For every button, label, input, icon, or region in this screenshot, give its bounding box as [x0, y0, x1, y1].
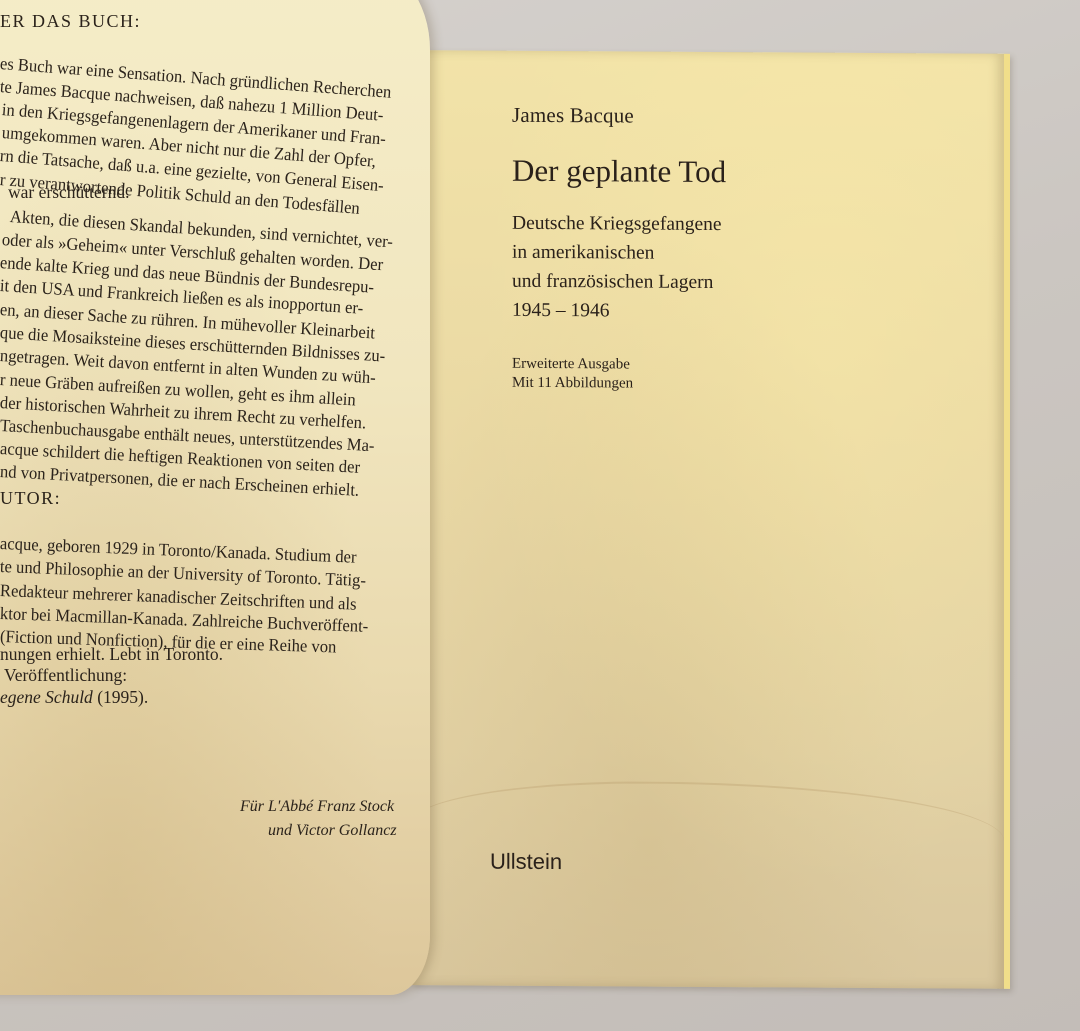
- dedication-line: und Victor Gollancz: [268, 820, 397, 843]
- title-page-text: James Bacque Der geplante Tod Deutsche K…: [512, 103, 726, 394]
- subtitle-line: und französischen Lagern: [512, 267, 726, 297]
- subtitle-years: 1945 – 1946: [512, 296, 726, 326]
- book-subtitle: Deutsche Kriegsgefangene in amerikanisch…: [512, 209, 726, 326]
- author-line: Veröffentlichung:: [4, 664, 127, 687]
- subtitle-line: Deutsche Kriegsgefangene: [512, 209, 726, 239]
- author-line: nungen erhielt. Lebt in Toronto.: [0, 643, 223, 666]
- section-heading-book: ER DAS BUCH:: [0, 10, 141, 33]
- title-page: James Bacque Der geplante Tod Deutsche K…: [412, 50, 1010, 989]
- section-heading-author: UTOR:: [0, 487, 61, 510]
- photo-scene: James Bacque Der geplante Tod Deutsche K…: [0, 0, 1080, 1031]
- dedication-line: Für L'Abbé Franz Stock: [240, 796, 394, 819]
- publisher-name: Ullstein: [490, 849, 562, 875]
- publication-title: egene Schuld: [0, 687, 93, 707]
- edition-note: Erweiterte Ausgabe Mit 11 Abbildungen: [512, 355, 726, 394]
- body-line: war erschütternd.: [8, 181, 129, 204]
- book-author: James Bacque: [512, 103, 726, 129]
- edition-line: Erweiterte Ausgabe: [512, 355, 726, 375]
- book-title: Der geplante Tod: [512, 153, 726, 190]
- publication-line: egene Schuld (1995).: [0, 686, 148, 709]
- edition-line: Mit 11 Abbildungen: [512, 374, 726, 394]
- subtitle-line: in amerikanischen: [512, 238, 726, 268]
- publication-year: (1995).: [97, 687, 148, 707]
